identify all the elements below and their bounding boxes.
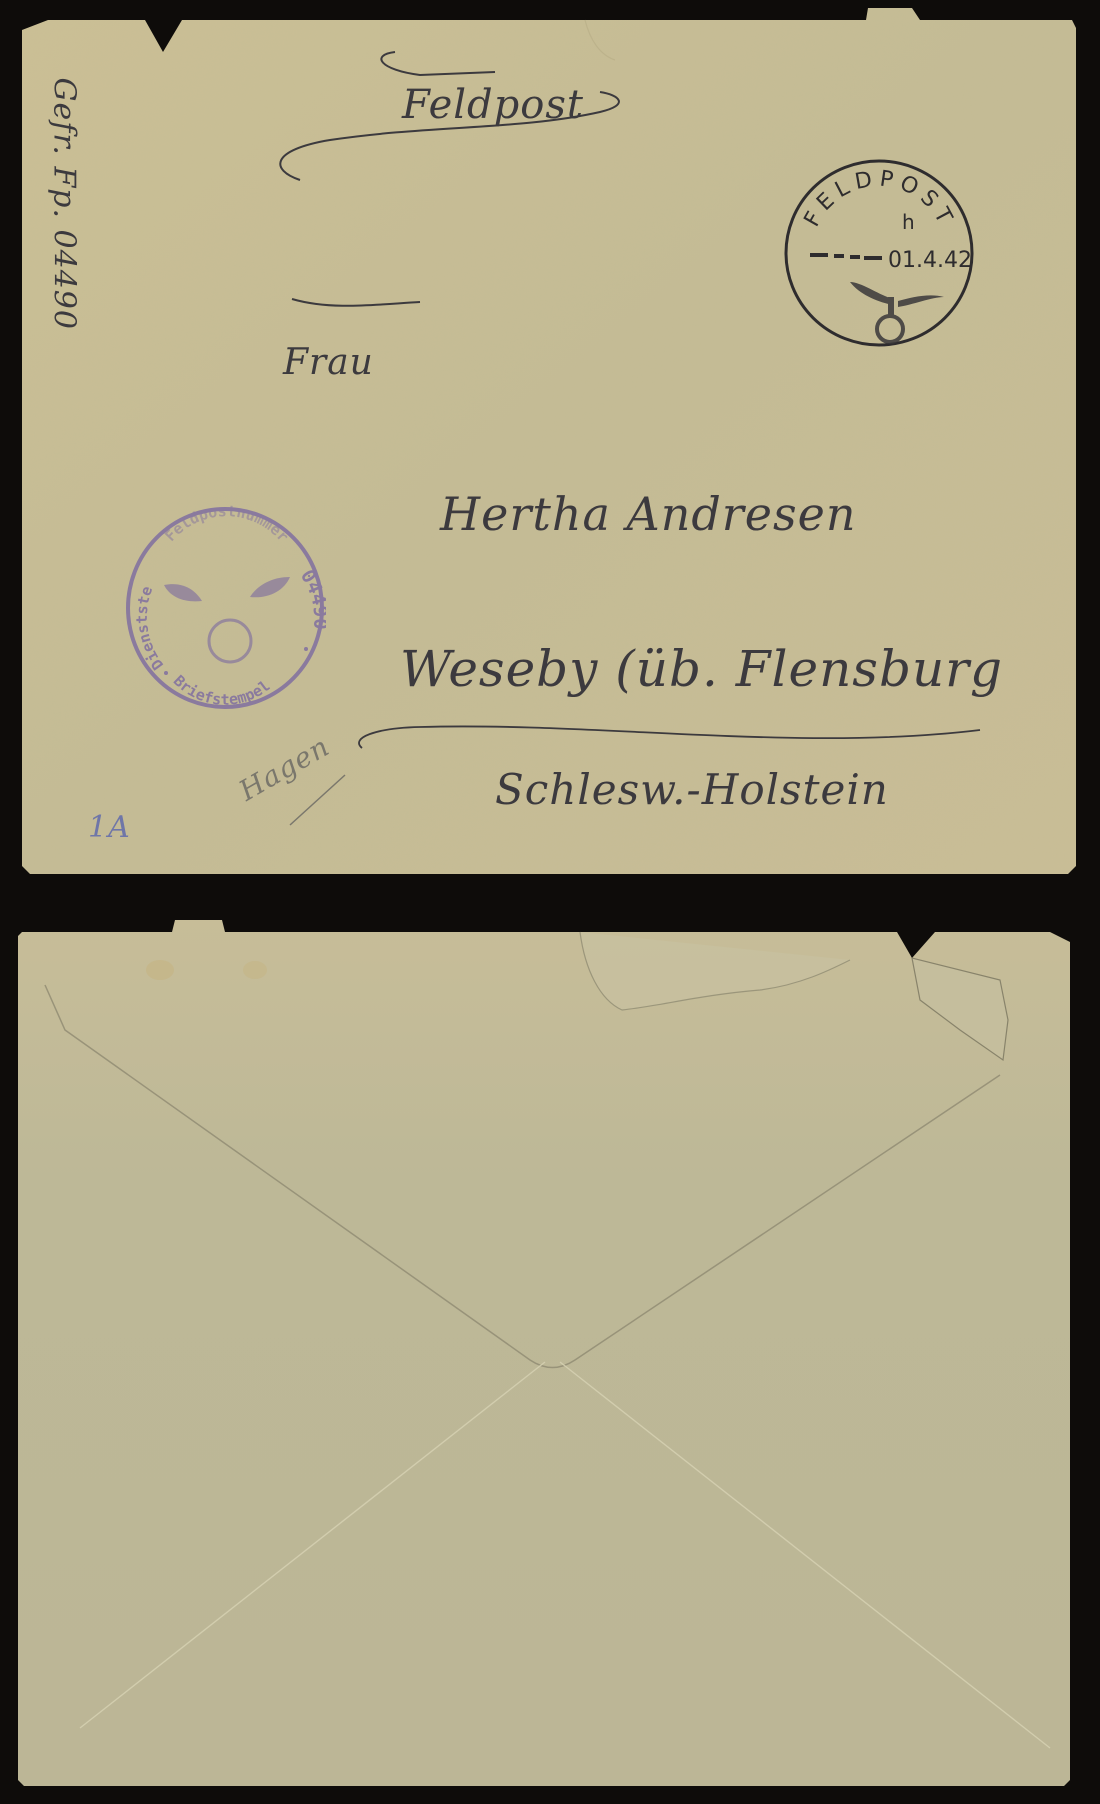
recipient-name: Hertha Andresen <box>440 487 856 541</box>
envelope-front: Gefr. Fp. 04490 Feldpost Frau Hertha And… <box>0 0 1100 900</box>
unit-briefstempel: Dienststelle Feldpostnummer 04490 Briefs… <box>124 505 326 711</box>
side-note: Gefr. Fp. 04490 <box>47 78 82 298</box>
postmark-code-letter: h <box>902 210 915 234</box>
header-feldpost: Feldpost <box>402 82 584 128</box>
recipient-region: Schlesw.-Holstein <box>495 765 889 814</box>
feldpost-postmark: FELDPOST h 01.4.42 <box>782 157 976 349</box>
svg-text:04490: 04490 <box>296 566 326 630</box>
recipient-town: Weseby (üb. Flensburg <box>400 640 1003 698</box>
envelope-back <box>0 900 1100 1804</box>
stamp-top-text: Feldpostnummer <box>161 505 292 546</box>
eagle-icon <box>850 282 944 342</box>
salutation: Frau <box>283 342 374 383</box>
svg-text:Feldpostnummer: Feldpostnummer <box>161 505 292 546</box>
blue-pencil-note: 1A <box>88 810 131 845</box>
svg-text:FELDPOST: FELDPOST <box>800 166 960 233</box>
address-underline <box>359 726 980 748</box>
eagle-icon <box>164 577 290 662</box>
stamp-number: 04490 <box>296 566 326 630</box>
postmark-date: 01.4.42 <box>888 248 972 273</box>
postmark-top-text: FELDPOST <box>800 166 960 233</box>
back-paper <box>0 900 1100 1804</box>
